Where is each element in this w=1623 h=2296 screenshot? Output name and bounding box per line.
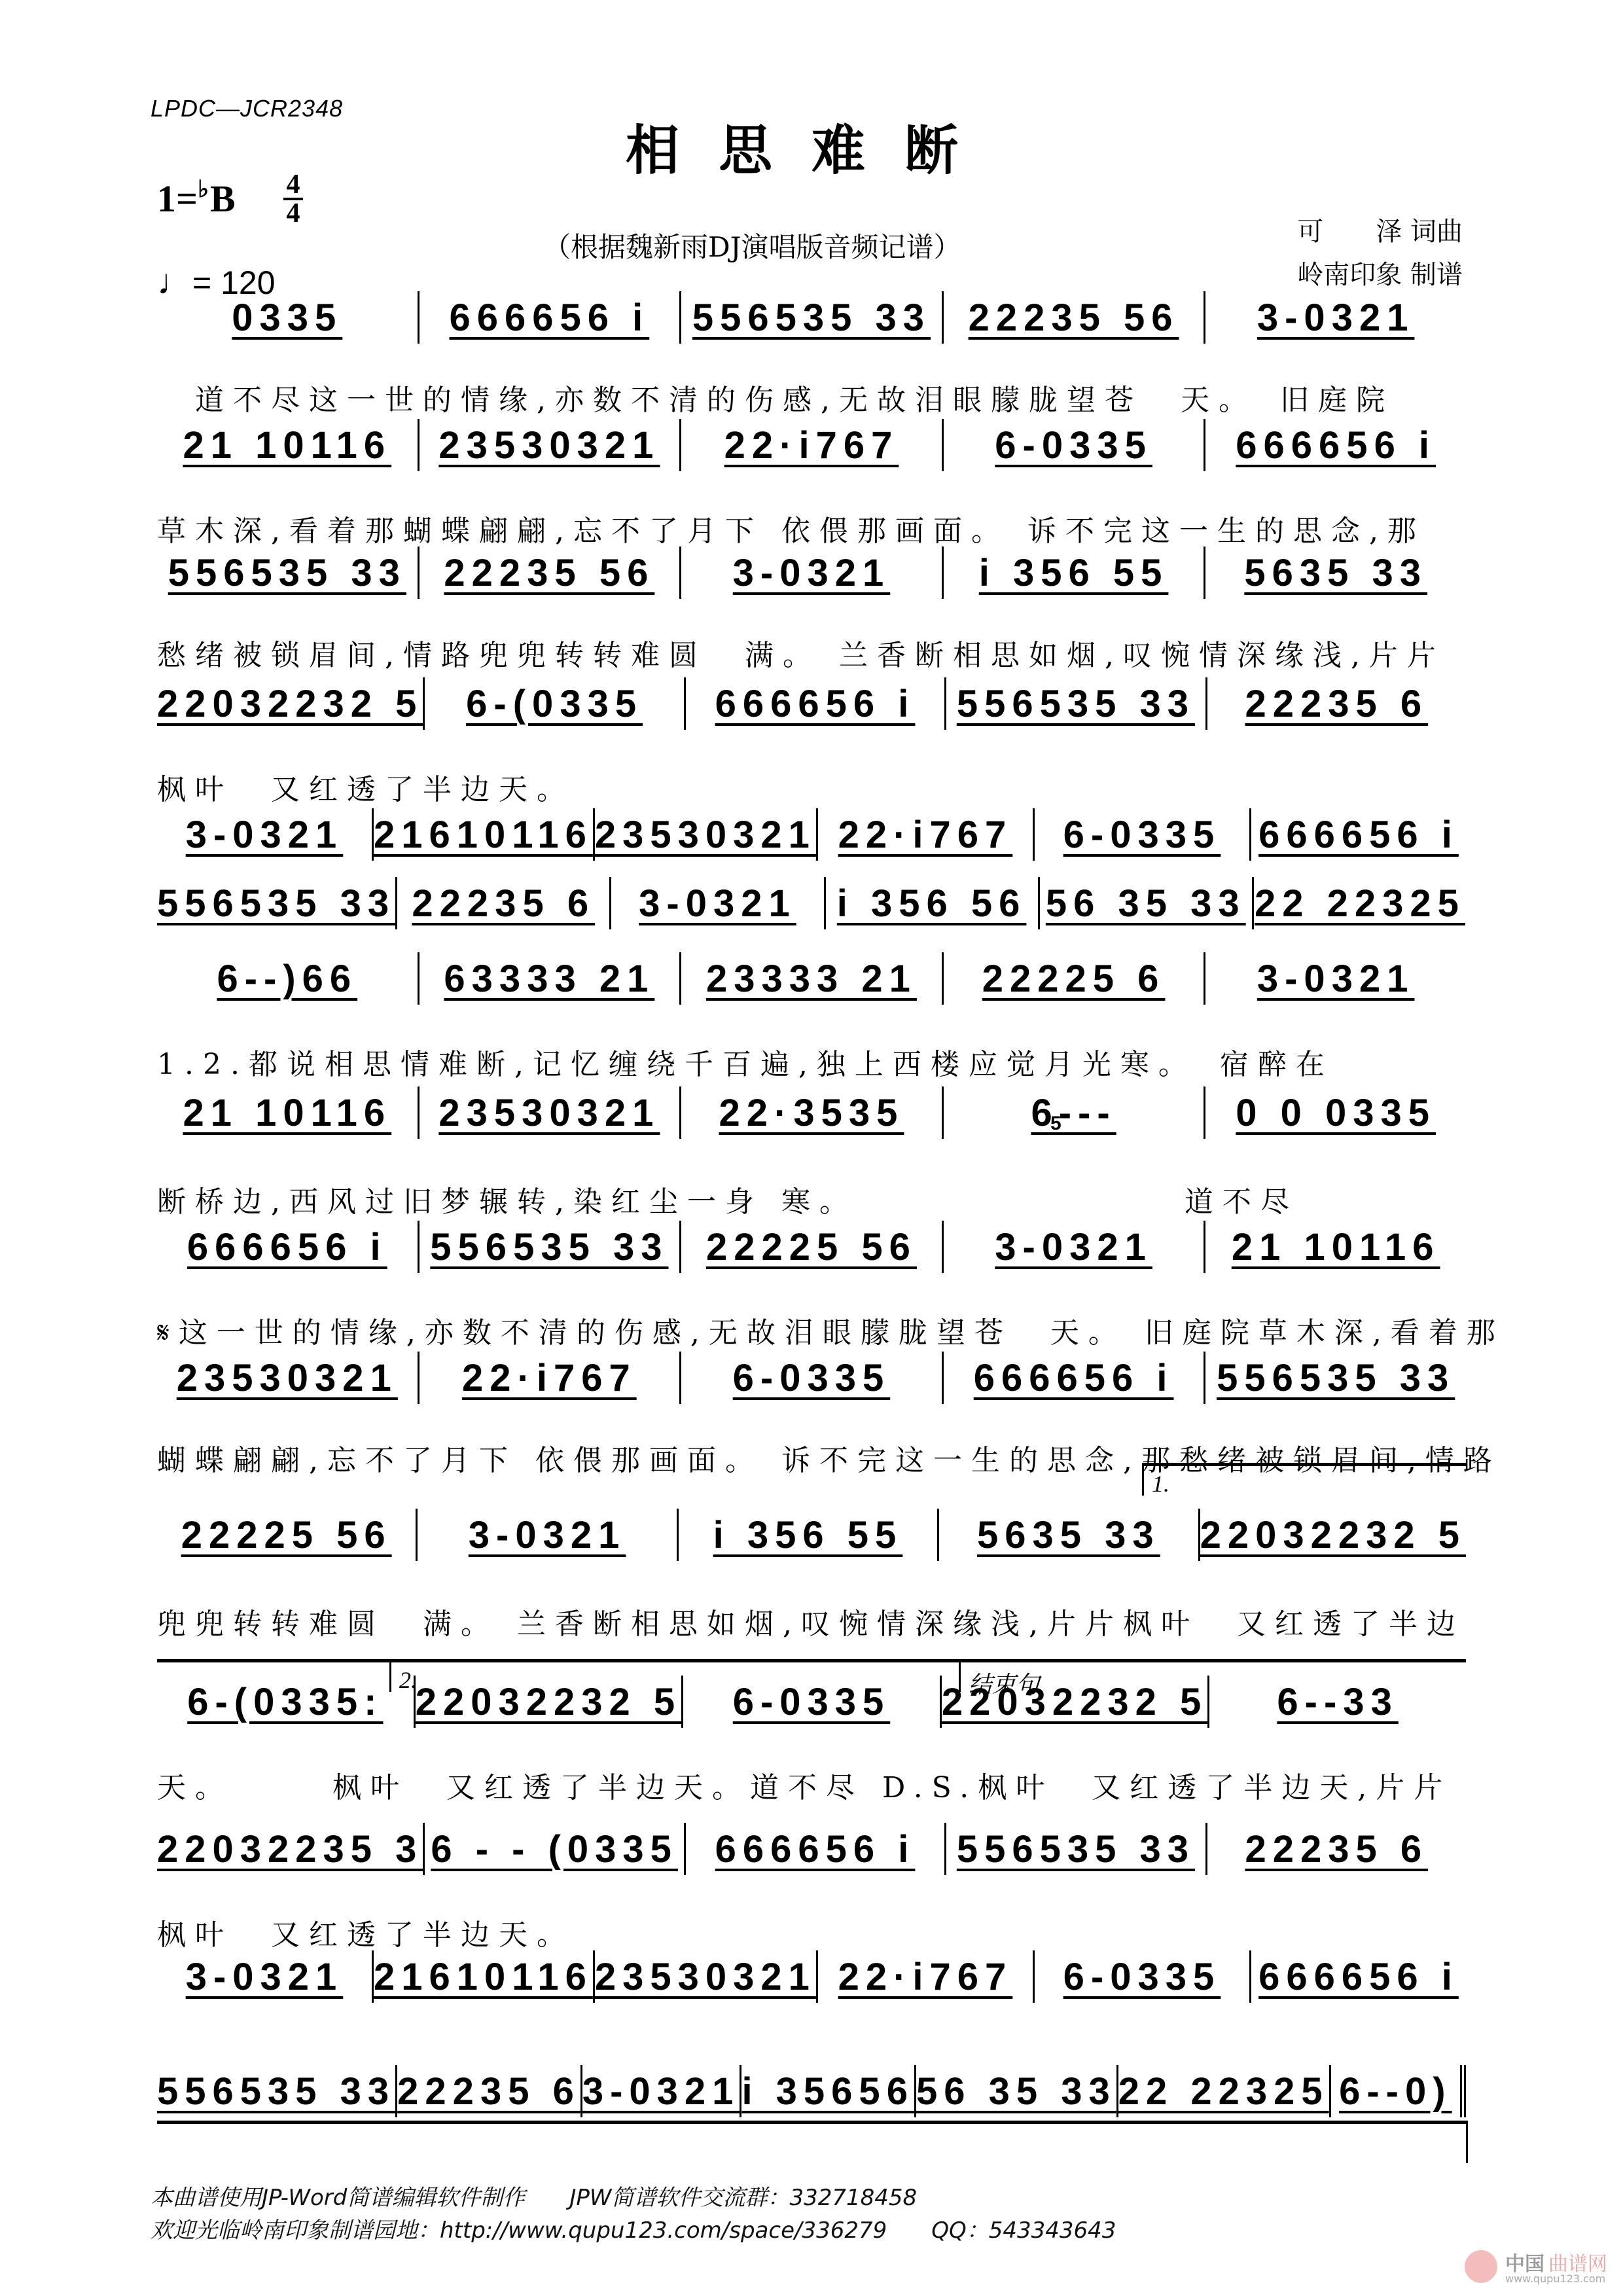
page-title: 相思难断 <box>0 108 1623 185</box>
measure: 6 - - (0335 <box>423 1823 683 1875</box>
measure: 22235 56 <box>942 291 1204 344</box>
measure: 556535 33 <box>1204 1352 1466 1404</box>
measure: 23530321 <box>418 1086 680 1139</box>
time-top: 4 <box>281 171 305 198</box>
lyric-line: 𝄋这一世的情缘,亦数不清的伤感,无故泪眼朦胧望苍 天。 旧庭院草木深,看着那 <box>157 1309 1466 1351</box>
measure: 666656 i <box>418 291 680 344</box>
measure: i 356 55 <box>942 547 1204 599</box>
measure: 23530321 <box>418 419 680 471</box>
measure: 6-0335 <box>942 419 1204 471</box>
notation-row: 3-0321216101162353032122·i7676-033566665… <box>157 1950 1466 2003</box>
measure-notes: 556535 33 <box>692 296 931 344</box>
measure-notes: 22032232 5 <box>1200 1513 1466 1561</box>
notation-row: 22225 563-0321i 356 555635 3322032232 5 <box>157 1509 1466 1561</box>
measure: 23530321 <box>593 1950 816 2003</box>
measure-notes: 666656 i <box>187 1225 387 1273</box>
measure: 3-0321 <box>416 1509 676 1561</box>
measure: 22032235 3 <box>157 1823 423 1875</box>
measure-notes: 6-0335 <box>733 1356 891 1404</box>
measure: 556535 33 <box>679 291 942 344</box>
measure-notes: 3-0321 <box>639 882 796 929</box>
measure: 21 10116 <box>157 419 418 471</box>
measure: 22235 56 <box>418 547 680 599</box>
measure-notes: 22·i767 <box>838 1955 1013 2003</box>
measure-notes: 21 10116 <box>183 1091 391 1139</box>
footer-line-1: 本曲谱使用JP-Word简谱编辑软件制作 JPW简谱软件交流群：33271845… <box>151 2179 917 2212</box>
measure: 3-0321 <box>157 808 372 861</box>
measure: 3-0321 <box>609 877 823 929</box>
notation-row: 22032235 36 - - (0335666656 i556535 3322… <box>157 1823 1466 1875</box>
measure-notes: 666656 i <box>450 296 650 344</box>
measure: 6--)66 <box>157 952 418 1005</box>
key-signature: 1=♭B <box>157 175 236 221</box>
measure-notes: 22235 56 <box>444 551 654 599</box>
volta-line <box>157 1659 389 1662</box>
measure: 3-0321 <box>1204 952 1466 1005</box>
notation-row: 666656 i556535 3322225 563-032121 10116 <box>157 1221 1466 1273</box>
measure: i 35656 <box>740 2065 914 2117</box>
measure-notes: 22235 6 <box>412 882 595 929</box>
measure: 3-0321 <box>157 1950 372 2003</box>
measure-notes: 23530321 <box>438 423 660 471</box>
measure: 21 10116 <box>157 1086 418 1139</box>
measure-notes: 3-0321 <box>582 2070 740 2117</box>
measure-notes: 556535 33 <box>157 2070 395 2117</box>
measure: 666656 i <box>684 677 944 730</box>
measure: 3-0321 <box>1204 291 1466 344</box>
measure: i 356 56 <box>824 877 1038 929</box>
measure-notes: 3-0321 <box>1257 957 1415 1005</box>
measure-notes: 22225 56 <box>706 1225 917 1273</box>
volta-ending: 结束句 <box>959 1659 1466 1692</box>
measure-notes: 6-0335 <box>995 423 1152 471</box>
notation-row: 556535 3322235 63-0321i 3565656 35 3322 … <box>157 2065 1466 2117</box>
measure-notes: 6-(0335 <box>466 682 643 730</box>
measure: 6-(0335 <box>423 677 683 730</box>
subtitle: （根据魏新雨DJ演唱版音频记谱） <box>543 226 961 265</box>
measure-notes: 21 10116 <box>183 423 391 471</box>
measure-notes: 22225 6 <box>982 957 1166 1005</box>
measure: 5635 33 <box>937 1509 1198 1561</box>
measure: 22235 6 <box>395 877 609 929</box>
measure-notes: 666656 i <box>1258 813 1459 861</box>
measure-notes: 556535 33 <box>157 882 395 929</box>
measure: 556535 33 <box>157 877 395 929</box>
measure: 22 22325 <box>1252 877 1466 929</box>
measure-notes: 6-0335 <box>1063 1955 1221 2003</box>
measure: 556535 33 <box>944 677 1205 730</box>
measure: 22235 6 <box>1205 677 1466 730</box>
measure-notes: 3-0321 <box>186 1955 344 2003</box>
measure-notes: 666656 i <box>1236 423 1436 471</box>
measure-notes: 5635 33 <box>977 1513 1160 1561</box>
measure: 22225 56 <box>157 1509 416 1561</box>
footer-line-2: 欢迎光临岭南印象制谱园地：http://www.qupu123.com/spac… <box>151 2212 1116 2244</box>
lyric-line: 天。 枫叶 又红透了半边天。道不尽 D.S.枫叶 又红透了半边天,片片 <box>157 1764 1466 1806</box>
measure: 666656 i <box>1249 808 1466 861</box>
measure: 666656 i <box>157 1221 418 1273</box>
measure-notes: 556535 33 <box>430 1225 668 1273</box>
measure-notes: i 35656 <box>741 2070 914 2117</box>
measure: 6-0335 <box>1033 808 1249 861</box>
lyric-line: 断桥边,西风过旧梦辗转,染红尘一身 寒。 道不尽 <box>157 1178 1466 1220</box>
measure: 22·i767 <box>679 419 942 471</box>
measure-notes: i 356 55 <box>979 551 1169 599</box>
measure-notes: 22032232 5 <box>157 682 423 730</box>
measure: 666656 i <box>942 1352 1204 1404</box>
measure: 22032232 5 <box>157 677 423 730</box>
measure: 22032232 5 <box>1198 1509 1466 1561</box>
measure: 22225 6 <box>942 952 1204 1005</box>
measure: 556535 33 <box>157 2065 395 2117</box>
measure-notes: 6-0335 <box>1063 813 1221 861</box>
notation-row: 556535 3322235 563-0321i 356 555635 33 <box>157 547 1466 599</box>
measure-notes: 6--0) <box>1339 2070 1452 2117</box>
flat-icon: ♭ <box>198 176 209 202</box>
measure: 666656 i <box>1249 1950 1466 2003</box>
measure-notes: 56 35 33 <box>916 2070 1116 2117</box>
volta-second: 2. <box>389 1659 959 1692</box>
measure-notes: 3-0321 <box>469 1513 626 1561</box>
notation-row: 6--)6663333 2123333 2122225 63-0321 <box>157 952 1466 1005</box>
measure-notes: 22 22325 <box>1118 2070 1329 2117</box>
time-bottom: 4 <box>281 200 305 226</box>
measure-notes: 56 35 33 <box>1046 882 1246 929</box>
measure: 5635 33 <box>1204 547 1466 599</box>
lyric-line: 兜兜转转难圆 满。 兰香断相思如烟,叹惋情深缘浅,片片枫叶 又红透了半边 <box>157 1600 1466 1642</box>
notation-row: 21 101162353032122·i7676-0335666656 i <box>157 419 1466 471</box>
measure-notes: 22235 6 <box>1245 682 1428 730</box>
measure: 22235 6 <box>1205 1823 1466 1875</box>
measure-notes: 63333 21 <box>444 957 654 1005</box>
measure-notes: 22·3535 <box>719 1091 904 1139</box>
measure: 0 0 0335 <box>1204 1086 1466 1139</box>
measure: 22235 6 <box>395 2065 580 2117</box>
measure: 556535 33 <box>157 547 418 599</box>
lyric-line: 草木深,看着那蝴蝶翩翩,忘不了月下 依偎那画面。 诉不完这一生的思念,那 <box>157 507 1466 549</box>
measure-notes: 556535 33 <box>957 682 1195 730</box>
key-note: B <box>210 177 236 220</box>
measure-notes: 21610116 <box>374 813 593 861</box>
measure-notes: 3-0321 <box>733 551 891 599</box>
lyric-line: 枫叶 又红透了半边天。 <box>157 1911 1466 1953</box>
measure-notes: 6--)66 <box>217 957 357 1005</box>
lyric-line: 愁绪被锁眉间,情路兜兜转转难圆 满。 兰香断相思如烟,叹惋情深缘浅,片片 <box>157 632 1466 673</box>
lyric-line: 道不尽这一世的情缘,亦数不清的伤感,无故泪眼朦胧望苍 天。 旧庭院 <box>157 376 1466 418</box>
notation-row: 0335666656 i556535 3322235 563-0321 <box>157 291 1466 344</box>
measure-notes: 5635 33 <box>1244 551 1427 599</box>
measure: i 356 55 <box>677 1509 937 1561</box>
measure: 3-0321 <box>679 547 942 599</box>
volta-first: 1. <box>1142 1463 1466 1496</box>
measure: 3-0321 <box>580 2065 740 2117</box>
measure: 6--- <box>942 1086 1204 1139</box>
key-label: 1= <box>157 177 198 220</box>
measure-notes: 0 0 0335 <box>1236 1091 1436 1139</box>
measure-notes: 22·i767 <box>462 1356 637 1404</box>
measure: 22·i767 <box>418 1352 680 1404</box>
measure-notes: 556535 33 <box>1217 1356 1455 1404</box>
measure-notes: 556535 33 <box>168 551 406 599</box>
lyric-line: 枫叶 又红透了半边天。 <box>157 766 1466 808</box>
measure: 3-0321 <box>942 1221 1204 1273</box>
measure-notes: 0335 <box>232 296 342 344</box>
measure-notes: 3-0321 <box>186 813 344 861</box>
lyricist-composer: 可 泽 词曲 <box>1297 211 1463 248</box>
measure-notes: 3-0321 <box>1257 296 1415 344</box>
measure-notes: 6--- <box>1031 1091 1116 1139</box>
measure-notes: 21 10116 <box>1232 1225 1440 1273</box>
measure: 23530321 <box>157 1352 418 1404</box>
measure: 6-(0335: <box>157 1676 414 1728</box>
measure-notes: 21610116 <box>374 1955 593 2003</box>
measure: 6-0335 <box>679 1352 942 1404</box>
measure: 22·i767 <box>816 1950 1033 2003</box>
measure-notes: i 356 56 <box>837 882 1027 929</box>
notation-row: 2353032122·i7676-0335666656 i556535 33 <box>157 1352 1466 1404</box>
measure-notes: 22235 56 <box>969 296 1179 344</box>
measure: 0335 <box>157 291 418 344</box>
measure: 23333 21 <box>679 952 942 1005</box>
arranger: 岭南印象 制谱 <box>1297 254 1463 291</box>
measure-notes: 666656 i <box>715 682 916 730</box>
grace-note: 5 <box>1050 1113 1061 1135</box>
measure-notes: 22235 6 <box>1245 1827 1428 1875</box>
measure: 22·3535 <box>679 1086 942 1139</box>
measure-notes: 22235 6 <box>397 2070 580 2117</box>
measure-notes: i 356 55 <box>713 1513 903 1561</box>
measure-notes: 23333 21 <box>706 957 917 1005</box>
measure-notes: 23530321 <box>177 1356 398 1404</box>
measure-notes: 23530321 <box>438 1091 660 1139</box>
time-signature: 4 4 <box>281 171 305 226</box>
notation-row: 21 101162353032122·35356---0 0 0335 <box>157 1086 1466 1139</box>
measure-notes: 6-(0335: <box>187 1680 383 1728</box>
measure: 23530321 <box>593 808 816 861</box>
measure: 22 22325 <box>1116 2065 1329 2117</box>
measure: 556535 33 <box>418 1221 680 1273</box>
measure: 63333 21 <box>418 952 680 1005</box>
notation-row: 22032232 56-(0335666656 i556535 3322235 … <box>157 677 1466 730</box>
measure-notes: 22 22325 <box>1255 882 1465 929</box>
measure: 21610116 <box>372 808 593 861</box>
watermark-logo-icon <box>1465 2250 1497 2283</box>
measure-notes: 23530321 <box>595 813 816 861</box>
notation-row: 3-0321216101162353032122·i7676-033566665… <box>157 808 1466 861</box>
measure-notes: 23530321 <box>595 1955 816 2003</box>
lyric-line: 1.2.都说相思情难断,记忆缠绕千百遍,独上西楼应觉月光寒。 宿醉在 <box>157 1041 1466 1083</box>
measure: 21 10116 <box>1204 1221 1466 1273</box>
watermark-url: www.qupu123.com <box>1505 2272 1605 2285</box>
measure-notes: 22·i767 <box>838 813 1013 861</box>
measure: 21610116 <box>372 1950 593 2003</box>
measure-notes: 6 - - (0335 <box>431 1827 678 1875</box>
watermark: 中国 曲谱网 www.qupu123.com <box>1465 2248 1615 2287</box>
measure-notes: 22·i767 <box>724 423 899 471</box>
measure: 22225 56 <box>679 1221 942 1273</box>
bracket-line <box>157 2121 1468 2163</box>
measure: 22·i767 <box>816 808 1033 861</box>
measure: 56 35 33 <box>914 2065 1116 2117</box>
measure: 666656 i <box>684 1823 944 1875</box>
measure-notes: 3-0321 <box>995 1225 1152 1273</box>
measure-notes: 22032235 3 <box>157 1827 423 1875</box>
notation-row: 556535 3322235 63-0321i 356 5656 35 3322… <box>157 877 1466 929</box>
measure: 56 35 33 <box>1038 877 1252 929</box>
measure: 666656 i <box>1204 419 1466 471</box>
measure: 6-0335 <box>1033 1950 1249 2003</box>
measure-notes: 666656 i <box>974 1356 1174 1404</box>
measure-notes: 556535 33 <box>957 1827 1195 1875</box>
measure-notes: 22225 56 <box>181 1513 392 1561</box>
measure: 6--0) <box>1329 2065 1466 2117</box>
measure-notes: 666656 i <box>715 1827 916 1875</box>
measure: 556535 33 <box>944 1823 1205 1875</box>
measure-notes: 666656 i <box>1258 1955 1459 2003</box>
